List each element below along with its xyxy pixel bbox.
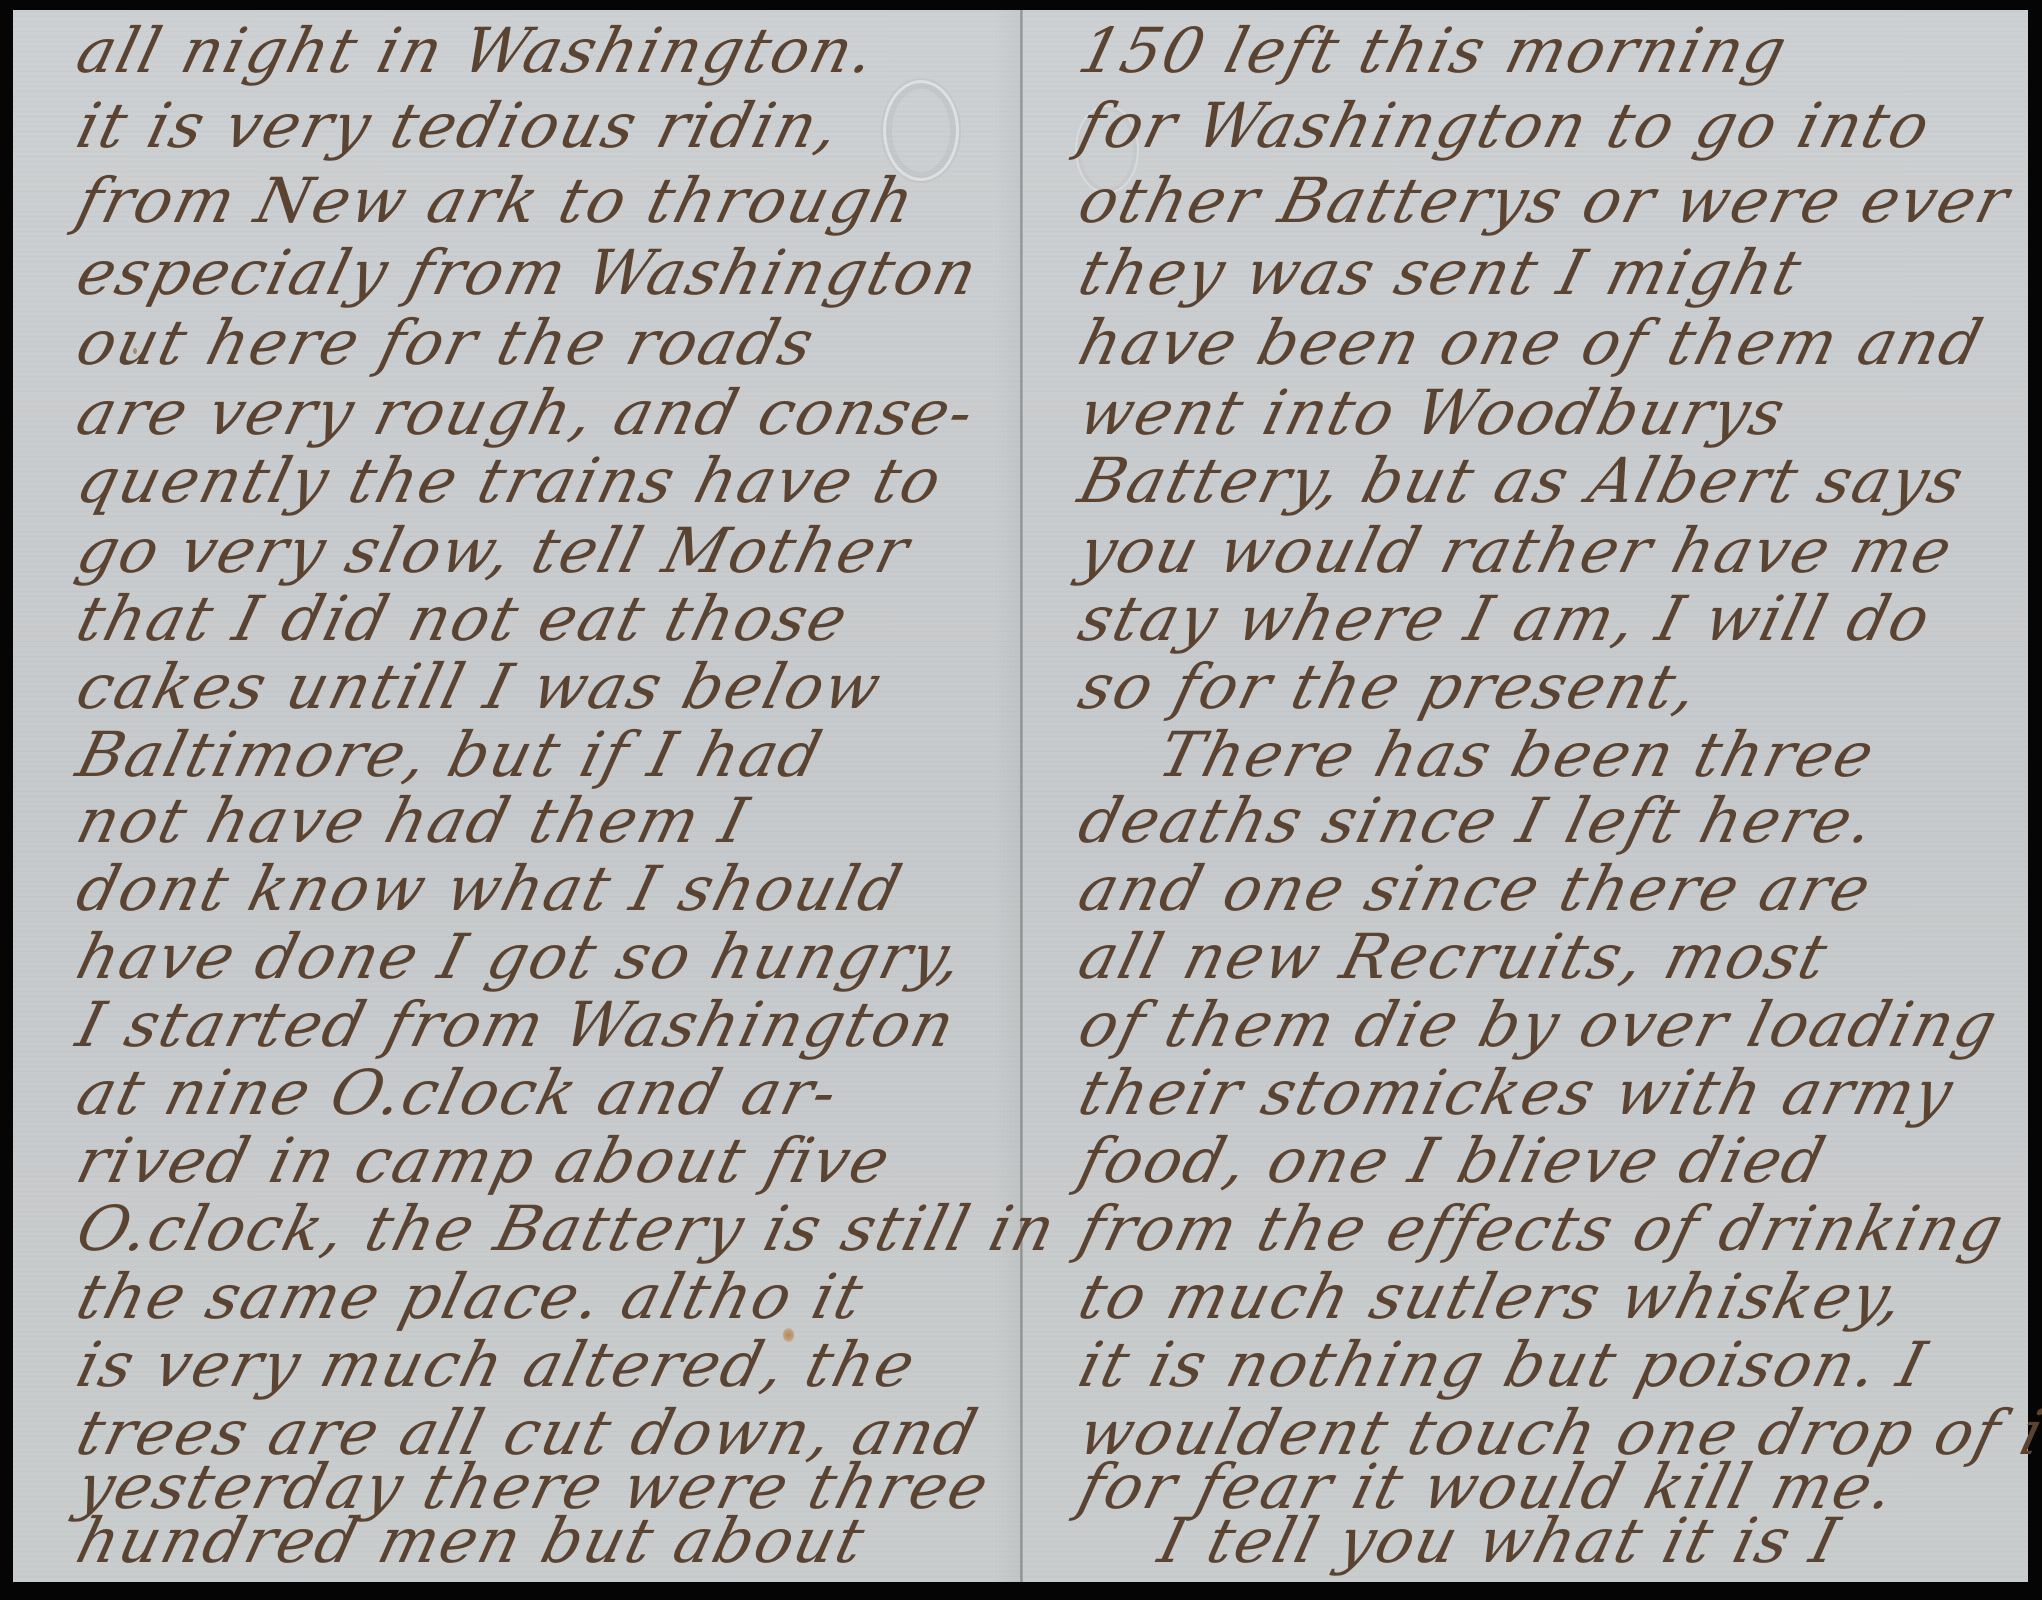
right-line-8: you would rather have me (1073, 520, 1959, 582)
right-line-9: stay where I am, I will do (1073, 588, 1937, 650)
left-line-17: rived in camp about five (71, 1130, 897, 1192)
left-line-15: I started from Washington (71, 994, 962, 1056)
left-line-20: is very much altered, the (71, 1334, 922, 1396)
left-line-10: cakes untill I was below (71, 656, 888, 718)
right-line-11: There has been three (1153, 724, 1881, 786)
left-line-19: the same place. altho it (71, 1266, 870, 1328)
left-line-16: at nine O.clock and ar- (71, 1062, 845, 1124)
right-line-14: all new Recruits, most (1073, 926, 1835, 988)
right-line-5: have been one of them and (1073, 312, 1990, 374)
right-line-23: I tell you what it is I (1153, 1510, 1847, 1572)
scan-background: all night in Washington. it is very tedi… (0, 0, 2042, 1600)
right-line-3: other Batterys or were ever (1073, 170, 2016, 232)
right-line-15: of them die by over loading (1073, 994, 2004, 1056)
right-line-1: 150 left this morning (1073, 20, 1794, 82)
left-line-13: dont know what I should (71, 858, 909, 920)
right-line-17: food, one I blieve died (1073, 1130, 1832, 1192)
right-line-2: for Washington to go into (1073, 95, 1937, 157)
left-line-5: out here for the roads (71, 312, 821, 374)
right-line-19: to much sutlers whiskey, (1073, 1266, 1911, 1328)
right-line-7: Battery, but as Albert says (1073, 450, 1971, 512)
left-line-1: all night in Washington. (71, 20, 883, 82)
left-line-4: especialy from Washington (71, 242, 985, 304)
right-line-16: their stomickes with army (1073, 1062, 1960, 1124)
right-line-20: it is nothing but poison. I (1073, 1334, 1934, 1396)
letter-sheet: all night in Washington. it is very tedi… (13, 10, 2028, 1582)
right-line-4: they was sent I might (1073, 242, 1809, 304)
right-line-12: deaths since I left here. (1073, 790, 1882, 852)
left-line-18: O.clock, the Battery is still in (71, 1198, 1063, 1260)
right-line-6: went into Woodburys (1073, 382, 1792, 444)
left-line-3: from New ark to through (71, 170, 922, 232)
left-line-7: quently the trains have to (71, 450, 949, 512)
left-line-6: are very rough, and conse- (71, 382, 981, 444)
left-line-9: that I did not eat those (71, 588, 855, 650)
left-line-12: not have had them I (71, 790, 755, 852)
left-line-23: hundred men but about (71, 1510, 872, 1572)
left-line-8: go very slow, tell Mother (71, 520, 916, 582)
left-line-2: it is very tedious ridin, (71, 95, 847, 157)
right-line-18: from the effects of drinking (1073, 1198, 2011, 1260)
right-line-13: and one since there are (1073, 858, 1878, 920)
left-line-11: Baltimore, but if I had (71, 724, 829, 786)
right-page: 150 left this morning for Washington to … (1023, 10, 2028, 1582)
left-line-14: have done I got so hungry, (71, 926, 970, 988)
left-page: all night in Washington. it is very tedi… (13, 10, 1021, 1582)
right-line-10: so for the present, (1073, 656, 1705, 718)
